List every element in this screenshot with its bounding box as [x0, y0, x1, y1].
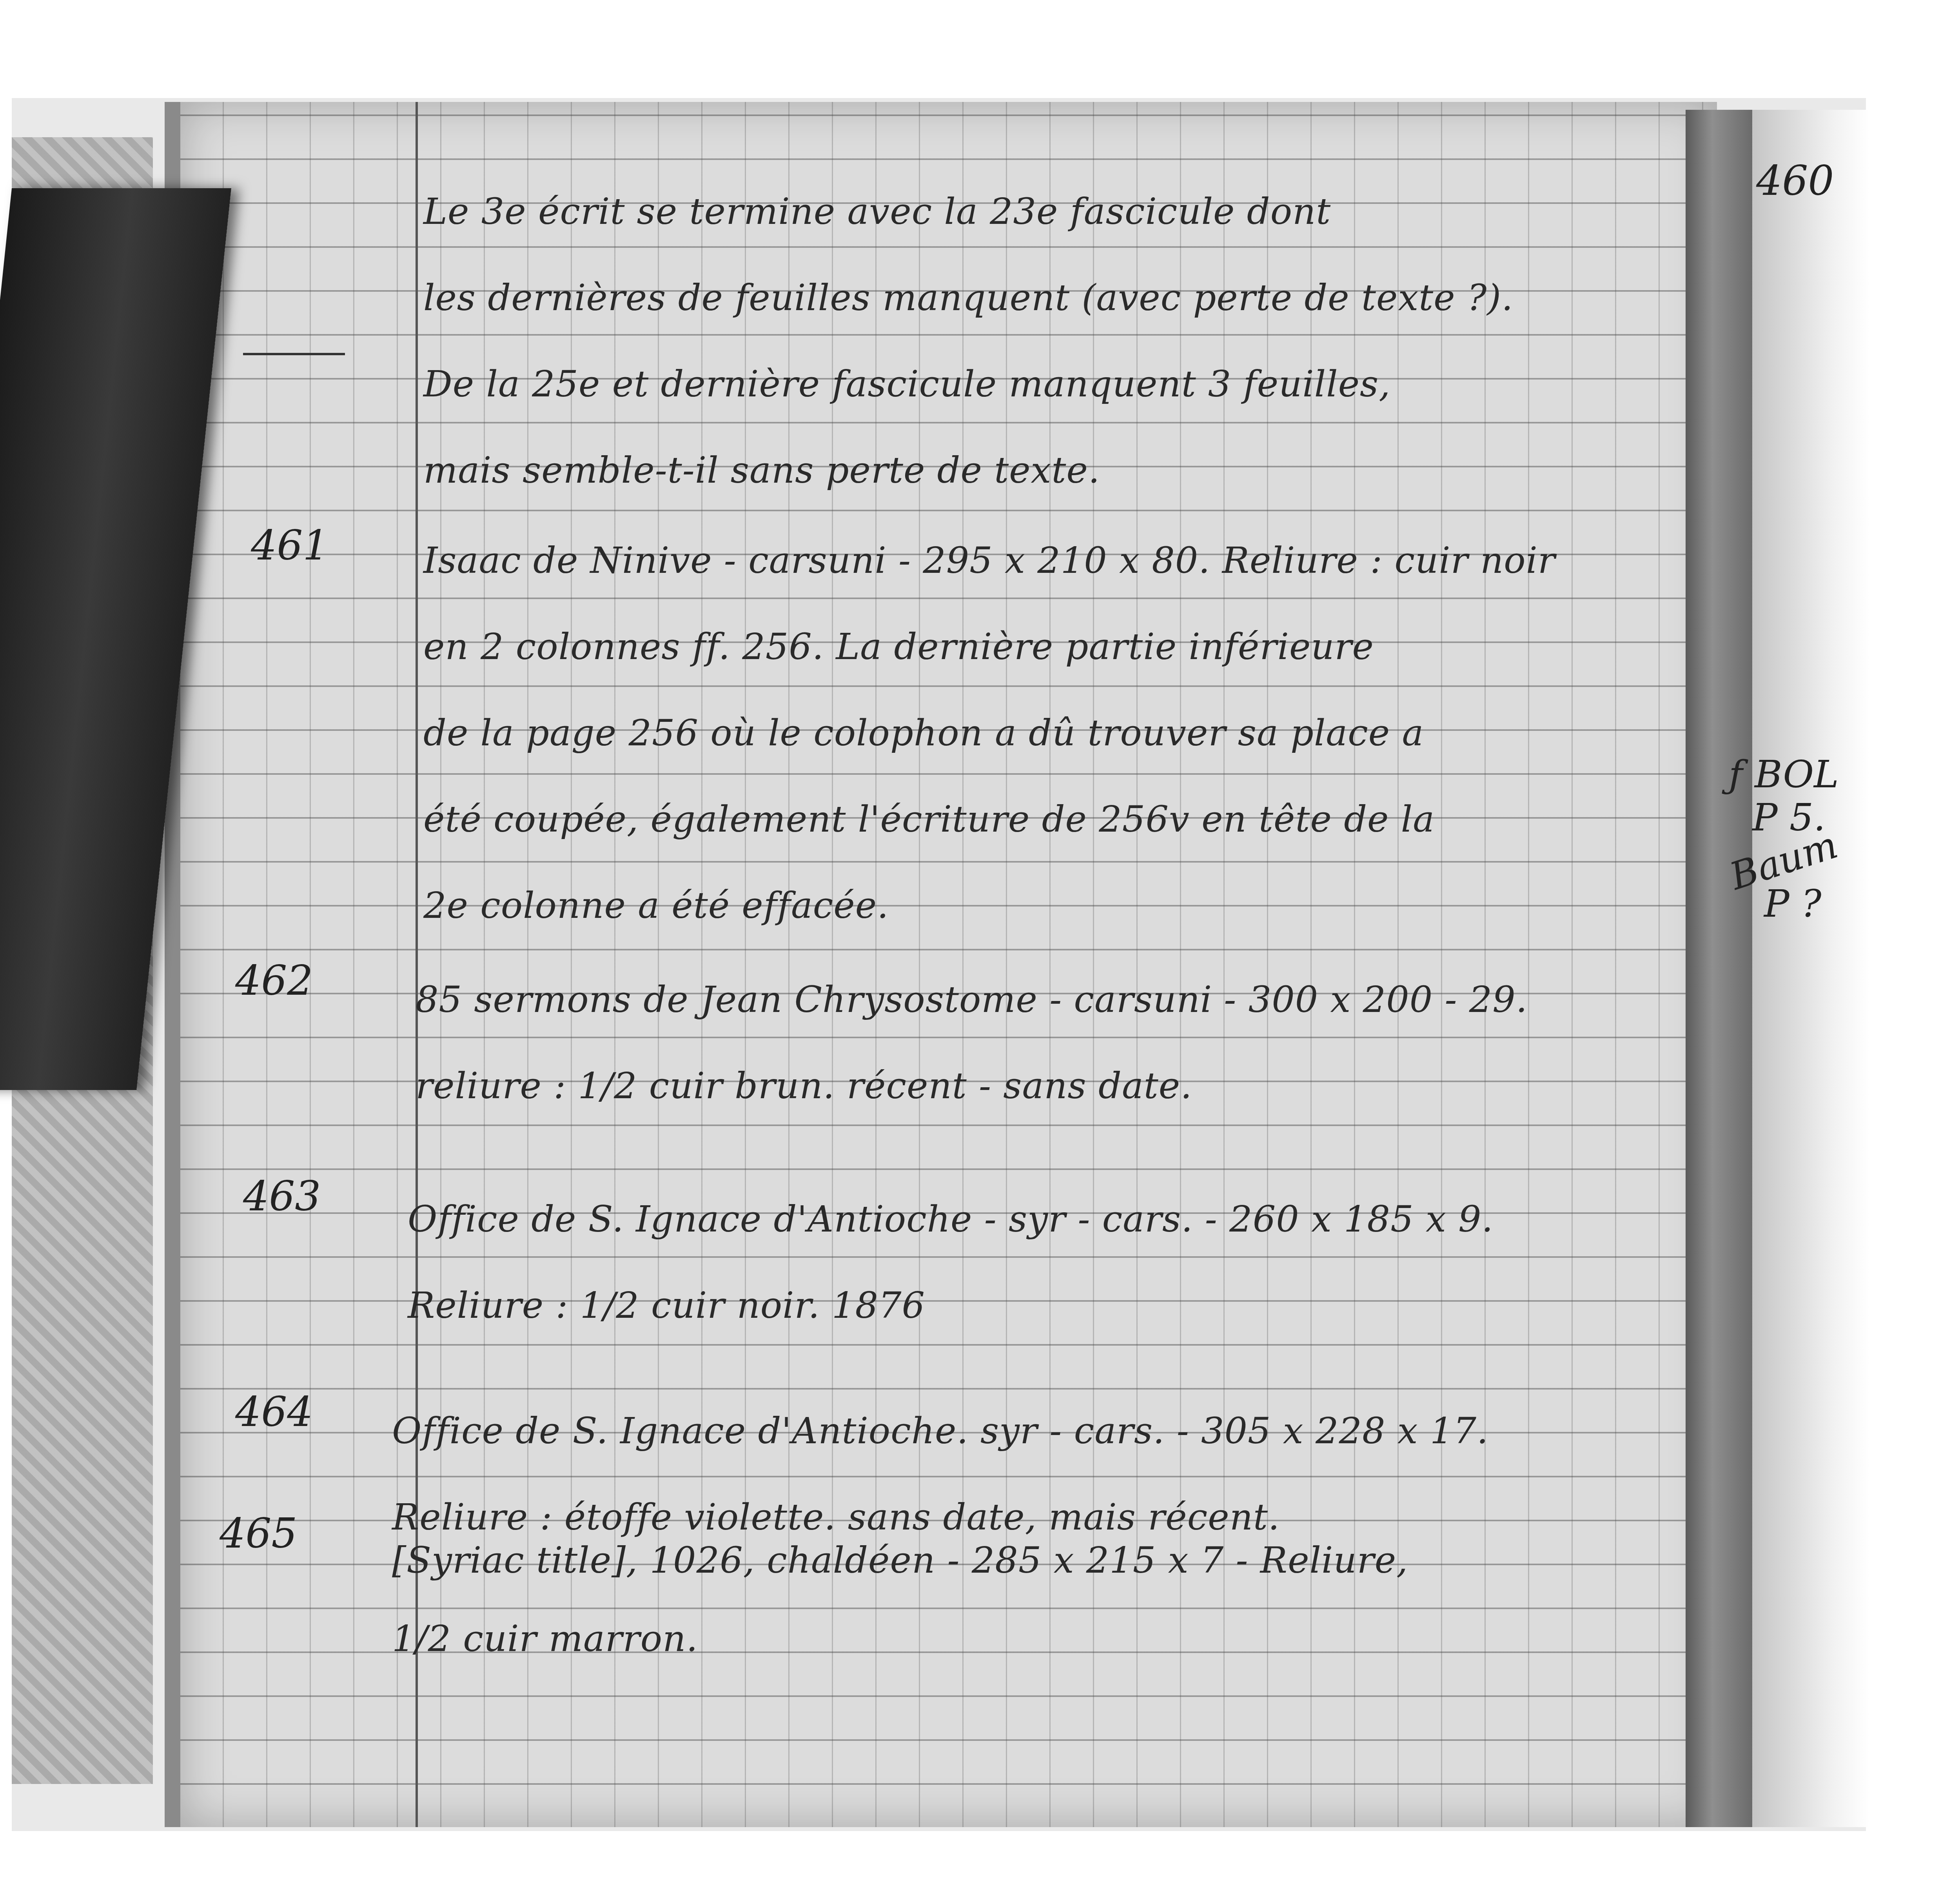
entry-number: 461 [251, 521, 329, 569]
continuation-text: Le 3e écrit se termine avec la 23e fasci… [423, 169, 1513, 514]
continuation-line: mais semble-t-il sans perte de texte. [423, 427, 1513, 514]
continuation-line: les dernières de feuilles manquent (avec… [423, 255, 1513, 341]
entry-line: Office de S. Ignace d'Antioche - syr - c… [408, 1176, 1494, 1263]
entry-line: Reliure : 1/2 cuir noir. 1876 [408, 1263, 1494, 1349]
margin-note-line: ƒ BOL [1729, 753, 1839, 796]
entry-line: reliure : 1/2 cuir brun. récent - sans d… [416, 1043, 1528, 1129]
entry-line: de la page 256 où le colophon a dû trouv… [423, 690, 1555, 776]
entry-line: 85 sermons de Jean Chrysostome - carsuni… [416, 957, 1528, 1043]
entry-number: 462 [235, 957, 313, 1005]
entry-number: 464 [235, 1388, 313, 1436]
continuation-line: Le 3e écrit se termine avec la 23e fasci… [423, 169, 1513, 255]
continuation-dash [243, 353, 345, 355]
catalogue-entry: Isaac de Ninive - carsuni - 295 x 210 x … [423, 518, 1555, 949]
entry-line: 2e colonne a été effacée. [423, 863, 1555, 949]
entry-line: 1/2 cuir marron. [392, 1600, 1408, 1678]
continuation-line: De la 25e et dernière fascicule manquent… [423, 341, 1513, 427]
entry-line: Office de S. Ignace d'Antioche. syr - ca… [392, 1388, 1488, 1474]
catalogue-entry: [Syriac title], 1026, chaldéen - 285 x 2… [392, 1521, 1408, 1678]
entry-line: [Syriac title], 1026, chaldéen - 285 x 2… [392, 1521, 1408, 1600]
entry-number: 463 [243, 1172, 321, 1220]
entry-number: 465 [220, 1510, 298, 1557]
entry-line: été coupée, également l'écriture de 256v… [423, 776, 1555, 863]
catalogue-entry: Office de S. Ignace d'Antioche - syr - c… [408, 1176, 1494, 1349]
margin-note: ƒ BOL P 5. Baum P ? [1729, 753, 1839, 925]
page-number: 460 [1756, 157, 1834, 205]
entry-line: Isaac de Ninive - carsuni - 295 x 210 x … [423, 518, 1555, 604]
catalogue-entry: 85 sermons de Jean Chrysostome - carsuni… [416, 957, 1528, 1129]
notebook-spine [1686, 110, 1752, 1827]
entry-line: en 2 colonnes ff. 256. La dernière parti… [423, 604, 1555, 690]
facing-page-edge [1752, 110, 1870, 1827]
